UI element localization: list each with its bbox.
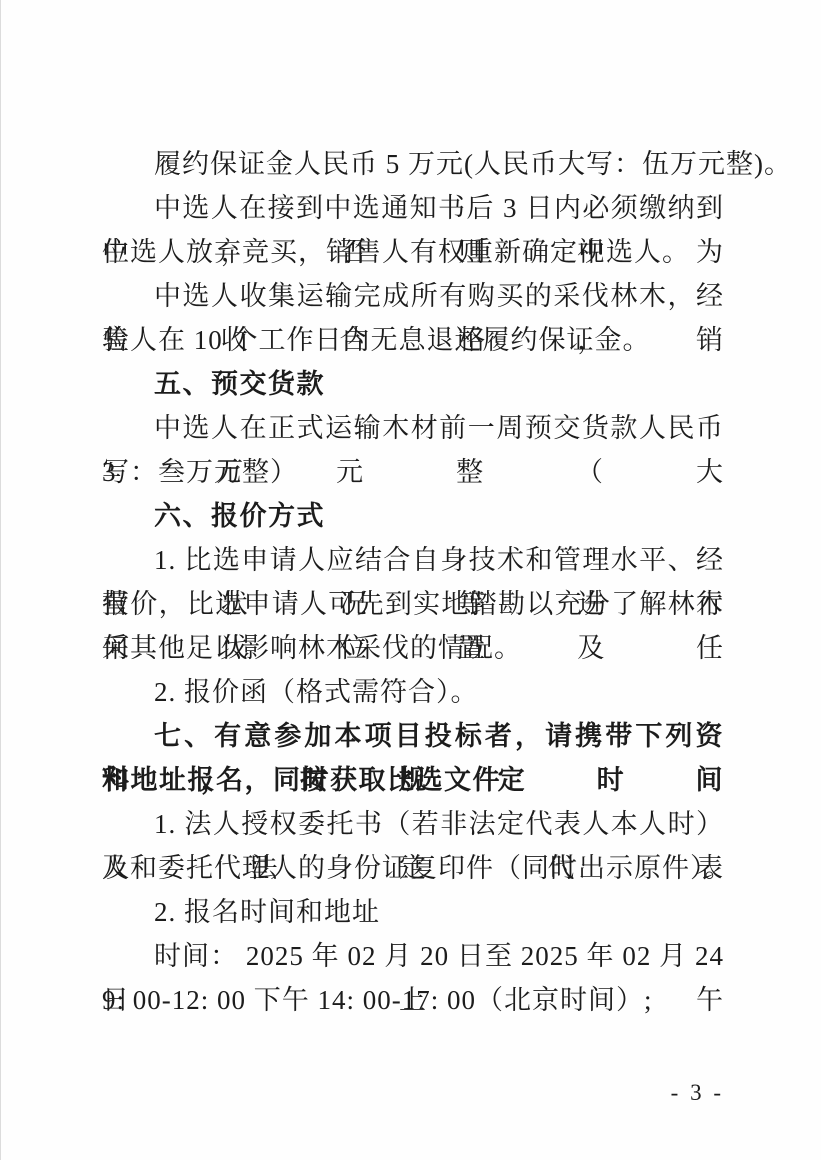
line-bond-refund-1: 中选人收集运输完成所有购买的采伐林木，经验收合格，销	[102, 274, 724, 318]
line-payment-deadline-1: 中选人在接到中选通知书后 3 日内必须缴纳到位，否则视为	[102, 186, 724, 230]
line-quotation-2: 报价，比选申请人可先到实地踏勘以充分了解林木采伐位置及任	[102, 582, 724, 626]
line-authorization-2: 人和委托代理人的身份证复印件（同时出示原件）。	[102, 846, 724, 890]
document-page: 履约保证金人民币 5 万元(人民币大写：伍万元整)。 中选人在接到中选通知书后 …	[0, 0, 821, 1160]
heading-section-seven-1: 七、有意参加本项目投标者，请携带下列资料，按规定时间	[102, 714, 724, 758]
line-bond-amount: 履约保证金人民币 5 万元(人民币大写：伍万元整)。	[102, 142, 724, 186]
line-quotation-1: 1. 比选申请人应结合自身技术和管理水平、经营状况等进行	[102, 538, 724, 582]
heading-section-six: 六、报价方式	[102, 494, 724, 538]
line-authorization-1: 1. 法人授权委托书（若非法定代表人本人时）及法定代表	[102, 802, 724, 846]
document-body: 履约保证金人民币 5 万元(人民币大写：伍万元整)。 中选人在接到中选通知书后 …	[102, 142, 724, 1022]
line-quotation-letter: 2. 报价函（格式需符合）。	[102, 670, 724, 714]
heading-section-five: 五、预交货款	[102, 362, 724, 406]
page-left-edge	[0, 0, 1, 1160]
line-registration-title: 2. 报名时间和地址	[102, 890, 724, 934]
line-registration-time-1: 时间： 2025 年 02 月 20 日至 2025 年 02 月 24 日上午	[102, 934, 724, 978]
line-payment-deadline-2: 中选人放弃竞买，销售人有权重新确定中选人。	[102, 230, 724, 274]
line-registration-time-2: 9: 00-12: 00 下午 14: 00-17: 00（北京时间）;	[102, 978, 724, 1022]
line-bond-refund-2: 售人在 10 个工作日内无息退还履约保证金。	[102, 318, 724, 362]
page-number: - 3 -	[102, 1080, 724, 1106]
line-prepayment-1: 中选人在正式运输木材前一周预交货款人民币 3 万元整（大	[102, 406, 724, 450]
